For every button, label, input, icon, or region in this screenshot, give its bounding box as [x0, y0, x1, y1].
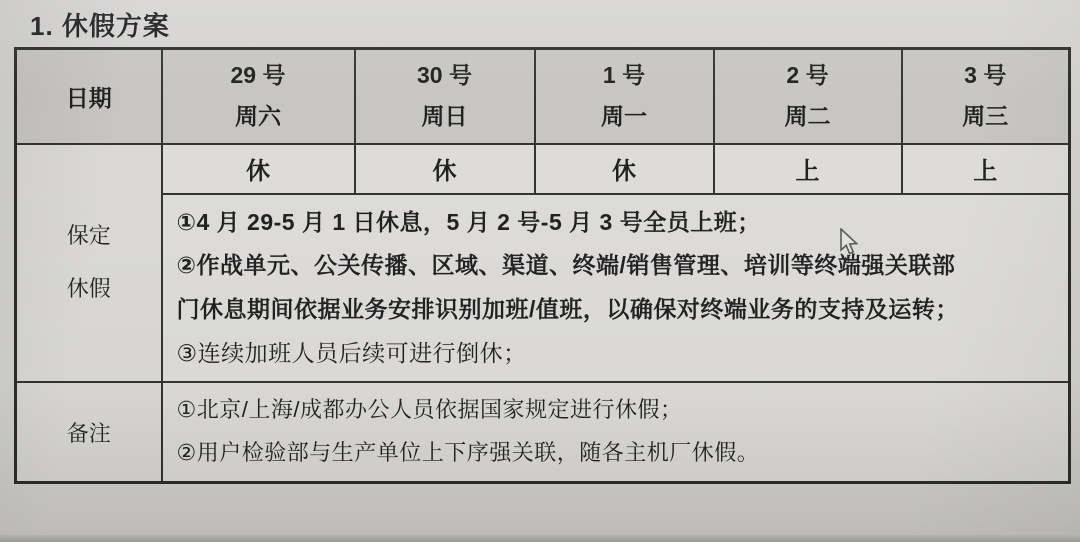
- note-line: ①4 月 29-5 月 1 日休息，5 月 2 号-5 月 3 号全员上班；: [177, 201, 1059, 245]
- date-header-cell: 3 号 周三: [902, 49, 1070, 144]
- date-weekday: 周二: [715, 103, 901, 131]
- note-line: ③连续加班人员后续可进行倒休；: [177, 332, 1059, 376]
- remarks-row: 备注 ①北京/上海/成都办公人员依据国家规定进行休假； ②用户检验部与生产单位上…: [16, 382, 1070, 482]
- date-day: 3 号: [903, 62, 1069, 90]
- note-line: ②作战单元、公关传播、区域、渠道、终端/销售管理、培训等终端强关联部: [177, 244, 1059, 288]
- note-line: 门休息期间依据业务安排识别加班/值班，以确保对终端业务的支持及运转；: [177, 288, 1059, 332]
- table-header-row: 日期 29 号 周六 30 号 周日 1 号 周一 2 号 周二 3 号 周三: [16, 49, 1070, 144]
- date-day: 30 号: [356, 62, 534, 90]
- status-cell: 上: [902, 144, 1070, 194]
- row-label-line: 保定: [17, 210, 161, 263]
- status-cell: 休: [355, 144, 535, 194]
- date-weekday: 周一: [536, 103, 713, 131]
- remark-line: ②用户检验部与生产单位上下序强关联，随各主机厂休假。: [177, 432, 1059, 475]
- date-day: 29 号: [163, 62, 354, 90]
- date-header-cell: 30 号 周日: [355, 49, 535, 144]
- remark-line: ①北京/上海/成都办公人员依据国家规定进行休假；: [177, 389, 1059, 432]
- date-header-cell: 1 号 周一: [535, 49, 714, 144]
- row-label-line: 休假: [17, 263, 161, 316]
- remarks-cell: ①北京/上海/成都办公人员依据国家规定进行休假； ②用户检验部与生产单位上下序强…: [162, 382, 1070, 482]
- date-day: 1 号: [536, 62, 713, 90]
- holiday-notes-cell: ①4 月 29-5 月 1 日休息，5 月 2 号-5 月 3 号全员上班； ②…: [162, 194, 1070, 383]
- row-label-baoding-holiday: 保定 休假: [16, 144, 162, 383]
- page-title: 1. 休假方案: [28, 6, 174, 50]
- date-header-cell: 29 号 周六: [162, 49, 355, 144]
- notes-row: ①4 月 29-5 月 1 日休息，5 月 2 号-5 月 3 号全员上班； ②…: [16, 194, 1070, 383]
- holiday-schedule-table: 日期 29 号 周六 30 号 周日 1 号 周一 2 号 周二 3 号 周三 …: [14, 47, 1071, 484]
- status-cell: 休: [535, 144, 714, 194]
- date-weekday: 周三: [903, 103, 1069, 131]
- mouse-pointer-icon: [838, 228, 860, 258]
- photo-bottom-edge: [0, 535, 1080, 542]
- date-column-header: 日期: [16, 49, 162, 144]
- status-cell: 上: [714, 144, 902, 194]
- status-row: 保定 休假 休 休 休 上 上: [16, 144, 1070, 194]
- date-weekday: 周六: [163, 103, 354, 131]
- row-label-remarks: 备注: [16, 382, 162, 482]
- date-day: 2 号: [715, 62, 901, 90]
- status-cell: 休: [162, 144, 355, 194]
- date-header-cell: 2 号 周二: [714, 49, 902, 144]
- date-weekday: 周日: [356, 103, 534, 131]
